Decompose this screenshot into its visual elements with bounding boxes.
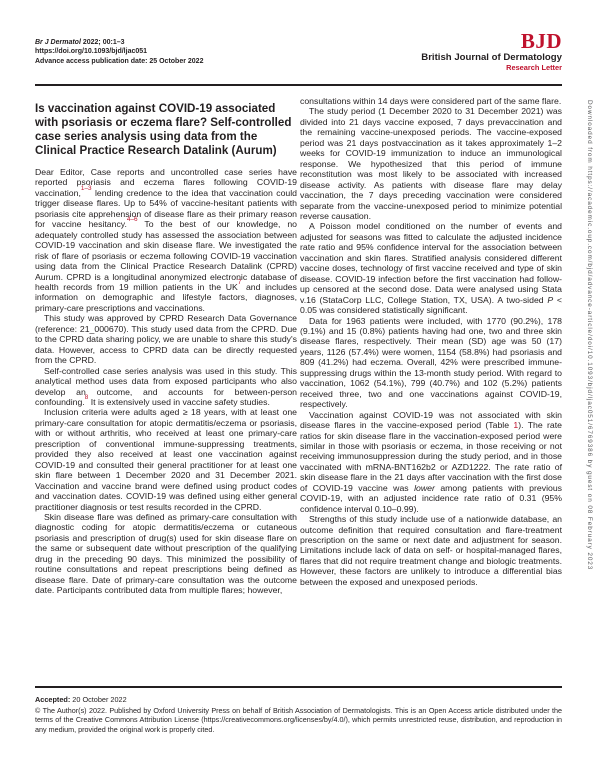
paragraph: Self-controlled case series analysis was… [35, 366, 297, 408]
footer-block: Accepted: 20 October 2022 © The Author(s… [35, 695, 562, 734]
bjd-logo: BJD [421, 30, 562, 52]
article-title: Is vaccination against COVID-19 associat… [35, 102, 298, 159]
paragraph: Data for 1963 patients were included, wi… [300, 316, 562, 410]
text-run: It is extensively used in vaccine safety… [88, 397, 270, 407]
paragraph: This study was approved by CPRD Research… [35, 313, 297, 365]
paragraph: Strengths of this study include use of a… [300, 514, 562, 587]
journal-page: Br J Dermatol 2022; 00:1–3 https://doi.o… [0, 0, 595, 782]
journal-brand-block: BJD British Journal of Dermatology Resea… [421, 30, 562, 73]
paragraph: Skin disease flare was defined as primar… [35, 512, 297, 596]
text-run: Skin disease flare was defined as primar… [35, 512, 297, 595]
accepted-date: 20 October 2022 [70, 695, 126, 704]
header-citation-block: Br J Dermatol 2022; 00:1–3 https://doi.o… [35, 38, 203, 66]
advance-access-date: Advance access publication date: 25 Octo… [35, 57, 203, 66]
citation-ref-link[interactable]: 4–6 [127, 216, 138, 223]
paragraph: Dear Editor, Case reports and uncontroll… [35, 167, 297, 313]
accepted-label: Accepted: [35, 695, 70, 704]
text-run: Strengths of this study include use of a… [300, 514, 562, 587]
text-run: lower [414, 483, 435, 493]
citation-ref-link[interactable]: 8 [85, 394, 89, 401]
text-run: A Poisson model conditioned on the numbe… [300, 221, 562, 304]
header-divider [35, 84, 562, 86]
copyright-notice: © The Author(s) 2022. Published by Oxfor… [35, 706, 562, 734]
text-run: Data for 1963 patients were included, wi… [300, 316, 562, 410]
citation-line: Br J Dermatol 2022; 00:1–3 [35, 38, 203, 47]
citation-ref-link[interactable]: 7 [238, 279, 242, 286]
text-run: consultations within 14 days were consid… [300, 96, 561, 106]
text-run: The study period (1 December 2020 to 31 … [300, 106, 562, 221]
citation-volume-pages: 2022; 00:1–3 [81, 39, 125, 46]
paragraph: The study period (1 December 2020 to 31 … [300, 106, 562, 221]
paragraph: A Poisson model conditioned on the numbe… [300, 221, 562, 315]
paragraph: Vaccination against COVID-19 was not ass… [300, 410, 562, 515]
journal-name: British Journal of Dermatology [421, 52, 562, 63]
right-column: consultations within 14 days were consid… [300, 96, 562, 587]
text-run: Inclusion criteria were adults aged ≥ 18… [35, 407, 297, 511]
doi-link[interactable]: https://doi.org/10.1093/bjd/ljac051 [35, 47, 203, 56]
paragraph: consultations within 14 days were consid… [300, 96, 562, 106]
left-column: Dear Editor, Case reports and uncontroll… [35, 167, 297, 596]
text-run: This study was approved by CPRD Research… [35, 313, 297, 365]
download-notice-vertical: Downloaded from https://academic.oup.com… [586, 100, 593, 740]
journal-abbrev: Br J Dermatol [35, 39, 81, 46]
accepted-line: Accepted: 20 October 2022 [35, 695, 562, 705]
article-type-label: Research Letter [421, 63, 562, 73]
citation-ref-link[interactable]: 1–3 [81, 185, 92, 192]
paragraph: Inclusion criteria were adults aged ≥ 18… [35, 407, 297, 512]
footer-divider [35, 686, 562, 688]
